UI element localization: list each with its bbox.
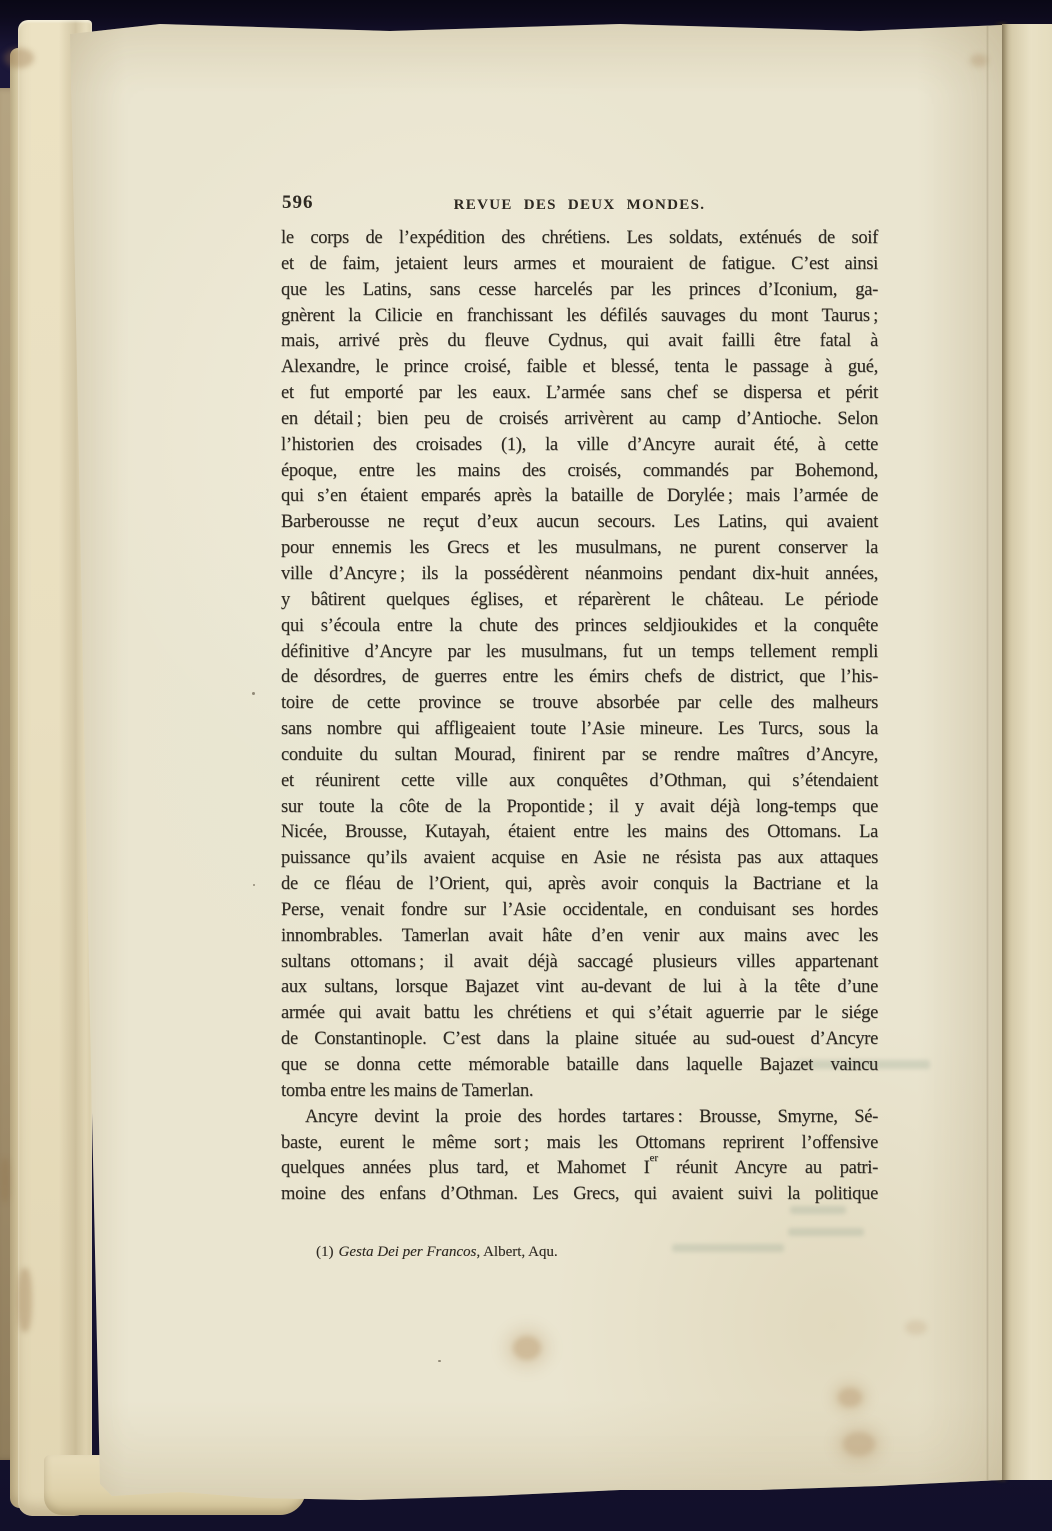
body-text: le corps de l’expédition des chrétiens. …	[281, 226, 878, 1208]
text-line: innombrables. Tamerlan avait hâte d’en v…	[281, 924, 878, 950]
ink-speck	[253, 884, 255, 886]
text-line: Barberousse ne reçut d’eux aucun secours…	[281, 510, 878, 536]
stain-spot	[0, 1158, 10, 1202]
text-line: pour ennemis les Grecs et les musulmans,…	[281, 536, 878, 562]
text-line: et de faim, jetaient leurs armes et mour…	[281, 252, 878, 278]
text-line: y bâtirent quelques églises, et réparère…	[281, 588, 878, 614]
stain-spot	[905, 1320, 927, 1335]
running-title: REVUE DES DEUX MONDES.	[281, 197, 878, 214]
stain-spot	[843, 1432, 875, 1456]
text-line: le corps de l’expédition des chrétiens. …	[281, 226, 878, 252]
text-line: conduite du sultan Mourad, finirent par …	[281, 743, 878, 769]
text-line: tomba entre les mains de Tamerlan.	[281, 1079, 878, 1105]
text-line: en détail ; bien peu de croisés arrivère…	[281, 407, 878, 433]
stain-spot	[513, 1336, 541, 1360]
text-line: moine des enfans d’Othman. Les Grecs, qu…	[281, 1182, 878, 1208]
show-through-mark	[788, 1228, 864, 1236]
footnote-marker: (1)	[316, 1244, 334, 1260]
stain-spot	[838, 1388, 862, 1407]
text-line: de ce fléau de l’Orient, qui, après avoi…	[281, 872, 878, 898]
text-line: qui s’écoula entre la chute des princes …	[281, 614, 878, 640]
stain-spot	[4, 48, 34, 68]
stain-spot	[18, 1268, 32, 1332]
book-scan: 596 REVUE DES DEUX MONDES. le corps de l…	[0, 0, 1052, 1531]
text-line: qui s’en étaient emparés après la batail…	[281, 484, 878, 510]
stain-spot	[970, 54, 988, 67]
text-line: mais, arrivé près du fleuve Cydnus, qui …	[281, 329, 878, 355]
text-line: Ancyre devint la proie des hordes tartar…	[281, 1105, 878, 1131]
text-line: armée qui avait battu les chrétiens et q…	[281, 1001, 878, 1027]
ink-speck	[438, 1360, 441, 1362]
footnote-rest: , Albert, Aqu.	[476, 1244, 557, 1260]
text-line: ville d’Ancyre ; ils la possédèrent néan…	[281, 562, 878, 588]
ink-speck	[252, 692, 255, 695]
text-line: Perse, venait fondre sur l’Asie occident…	[281, 898, 878, 924]
text-line: Alexandre, le prince croisé, faible et b…	[281, 355, 878, 381]
footnote-title: Gesta Dei per Francos	[339, 1244, 477, 1260]
text-line: gnèrent la Cilicie en franchissant les d…	[281, 304, 878, 330]
text-line: puissance qu’ils avaient acquise en Asie…	[281, 846, 878, 872]
text-line: l’historien des croisades (1), la ville …	[281, 433, 878, 459]
facing-page-edge	[1002, 24, 1052, 1480]
text-line: sultans ottomans ; il avait déjà saccagé…	[281, 950, 878, 976]
text-line: définitive d’Ancyre par les musulmans, f…	[281, 640, 878, 666]
text-line: Nicée, Brousse, Kutayah, étaient entre l…	[281, 820, 878, 846]
text-line: et réunirent cette ville aux conquêtes d…	[281, 769, 878, 795]
scan-background: { "document": { "page_number": "596", "r…	[0, 0, 1052, 1531]
text-line: de Constantinople. C’est dans la plaine …	[281, 1027, 878, 1053]
text-line: baste, eurent le même sort ; mais les Ot…	[281, 1131, 878, 1157]
book-page: 596 REVUE DES DEUX MONDES. le corps de l…	[60, 20, 1002, 1504]
text-line: quelques années plus tard, et Mahomet Ie…	[281, 1156, 878, 1182]
text-line: époque, entre les mains des croisés, com…	[281, 459, 878, 485]
footnote: (1)Gesta Dei per Francos, Albert, Aqu.	[316, 1244, 558, 1261]
text-line: et fut emporté par les eaux. L’armée san…	[281, 381, 878, 407]
show-through-mark	[672, 1244, 784, 1252]
text-line: aux sultans, lorsque Bajazet vint au-dev…	[281, 975, 878, 1001]
text-line: sur toute la côte de la Propontide ; il …	[281, 795, 878, 821]
text-line: de désordres, de guerres entre les émirs…	[281, 665, 878, 691]
text-line: toire de cette province se trouve absorb…	[281, 691, 878, 717]
page-crease	[986, 26, 989, 1480]
text-line: que les Latins, sans cesse harcelés par …	[281, 278, 878, 304]
text-line: que se donna cette mémorable bataille da…	[281, 1053, 878, 1079]
text-line: sans nombre qui affligeaient toute l’Asi…	[281, 717, 878, 743]
